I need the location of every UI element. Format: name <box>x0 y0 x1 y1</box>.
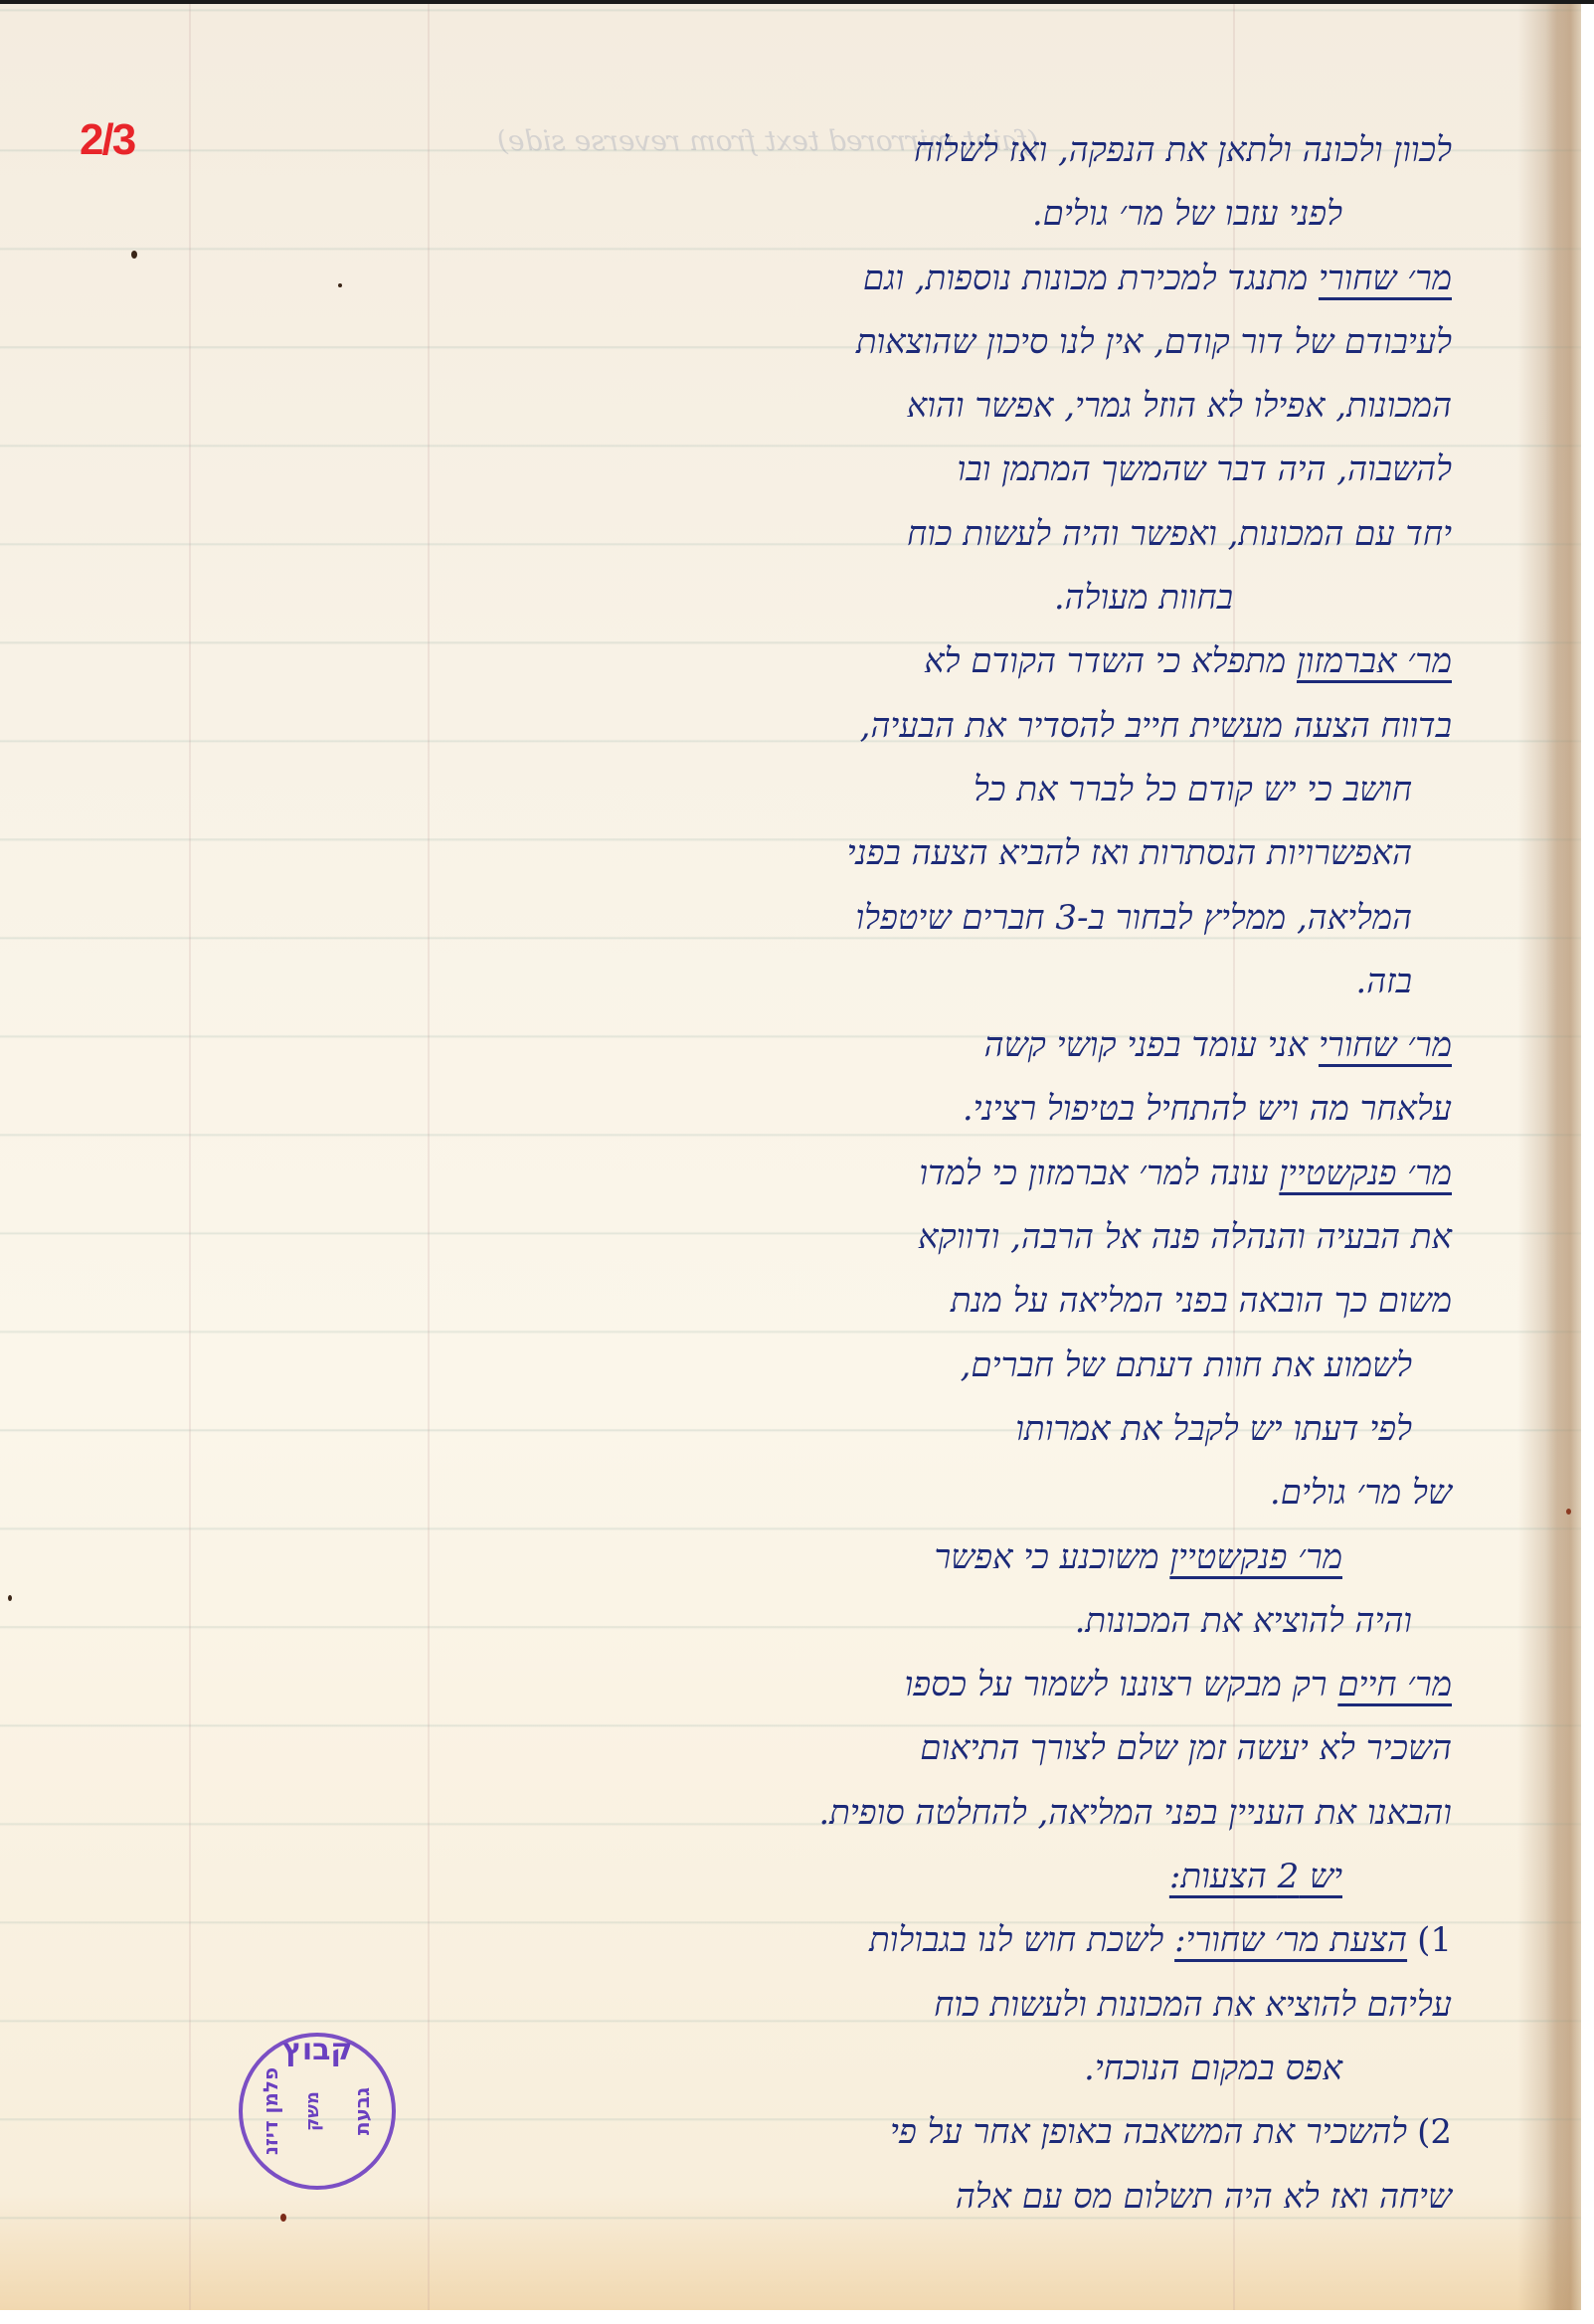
line-text: המליאה, ממליץ לבחור ב-3 חברים שיטפלו <box>855 898 1412 938</box>
line-text: לשכת חוש לנו בגבולות <box>869 1920 1163 1960</box>
line-text: מתפלא כי השדר הקודם לא <box>924 641 1286 681</box>
handwritten-line: אפס במקום הנוכחי. <box>766 2037 1452 2100</box>
handwritten-line: של מר׳ גולים. <box>766 1461 1452 1524</box>
ink-spot <box>1566 1509 1571 1515</box>
ink-spot <box>131 251 137 259</box>
page-marker: 2/3 <box>80 115 134 165</box>
handwritten-line: בדווח הצעה מעשית חייב להסדיר את הבעיה, <box>766 694 1452 758</box>
kibbutz-stamp: פלמן דיזנ משק גבעת קבוץ <box>239 2033 396 2190</box>
handwritten-line: מר׳ אברמזון מתפלא כי השדר הקודם לא <box>766 629 1452 693</box>
line-text: משום כך הובאה בפני המליאה על מנת <box>951 1281 1452 1321</box>
line-text: עונה למר׳ אברמזון כי למדו <box>919 1154 1268 1193</box>
handwritten-line: את הבעיה והנהלה פנה אל הרבה, ודווקא <box>766 1205 1452 1269</box>
handwritten-line: מר׳ פנקשטיין עונה למר׳ אברמזון כי למדו <box>766 1142 1452 1205</box>
line-text: לעיבודם של דור קודם, אין לנו סיכון שהוצא… <box>856 322 1452 362</box>
ink-spot <box>338 283 342 287</box>
line-text: עליהם להוציא את המכונות ולעשות כוח <box>934 1985 1452 2025</box>
handwritten-line: משום כך הובאה בפני המליאה על מנת <box>766 1269 1452 1333</box>
line-text: לכוון ולכונה ולתאן את הנפקה, ואז לשלוח <box>914 130 1452 170</box>
ink-spot <box>280 2214 286 2222</box>
line-text: של מר׳ גולים. <box>1270 1473 1452 1513</box>
handwritten-line: מר׳ חיים רק מבקש רצוננו לשמור על כספו <box>766 1653 1452 1716</box>
handwritten-line: המליאה, ממליץ לבחור ב-3 חברים שיטפלו <box>766 886 1452 950</box>
line-text: בחוות מעולה. <box>1054 578 1233 618</box>
line-text: חושב כי יש קודם כל לברר את כל <box>974 770 1412 809</box>
line-text: לשמוע את חוות דעתם של חברים, <box>961 1345 1412 1385</box>
paper-sheet: (faint mirrored text from reverse side) … <box>0 4 1581 2310</box>
line-text: משוכנע כי אפשר <box>935 1537 1159 1577</box>
handwritten-line: עליהם להוציא את המכונות ולעשות כוח <box>766 1973 1452 2037</box>
handwritten-line: יש 2 הצעות: <box>766 1845 1452 1908</box>
handwritten-line: מר׳ שחורי מתנגד למכירת מכונות נוספות, וג… <box>766 247 1452 310</box>
handwritten-line: והיה להוציא את המכונות. <box>766 1589 1452 1653</box>
speaker-name: מר׳ פנקשטיין <box>1169 1537 1342 1577</box>
line-text: שיחה ואז לא היה תשלום מס עם אלה <box>956 2177 1452 2217</box>
line-text: רק מבקש רצוננו לשמור על כספו <box>905 1665 1328 1704</box>
handwritten-line: לפי דעתו יש לקבל את אמרותו <box>766 1397 1452 1461</box>
speaker-name: מר׳ חיים <box>1337 1665 1452 1704</box>
handwritten-line: והבאנו את העניין בפני המליאה, להחלטה סופ… <box>766 1781 1452 1845</box>
underlined-heading: יש 2 הצעות: <box>1169 1857 1342 1896</box>
handwritten-line: לפני עזבו של מר׳ גולים. <box>766 182 1452 246</box>
binding-shadow <box>1545 4 1581 2310</box>
line-text: עלאחר מה ויש להתחיל בטיפול רציני. <box>963 1089 1452 1129</box>
handwritten-line: 2)להשכיר את המשאבה באופן אחר על פי <box>766 2100 1452 2164</box>
handwritten-line: המכונות, אפילו לא הוזל גמרי, אפשר והוא <box>766 374 1452 438</box>
line-text: להשכיר את המשאבה באופן אחר על פי <box>890 2112 1407 2152</box>
speaker-name: מר׳ פנקשטיין <box>1279 1154 1452 1193</box>
list-number: 2) <box>1417 2112 1452 2152</box>
line-text: והבאנו את העניין בפני המליאה, להחלטה סופ… <box>818 1793 1452 1833</box>
handwritten-line: שיחה ואז לא היה תשלום מס עם אלה <box>766 2165 1452 2229</box>
line-text: בזה. <box>1355 962 1412 1001</box>
underlined-heading: הצעת מר׳ שחורי: <box>1174 1920 1407 1960</box>
stamp-bottom-text: גבעת <box>350 2037 374 2186</box>
handwritten-line: מר׳ פנקשטיין משוכנע כי אפשר <box>766 1525 1452 1589</box>
line-text: לפי דעתו יש לקבל את אמרותו <box>1015 1409 1412 1449</box>
handwritten-line: יחד עם המכונות, ואפשר והיה לעשות כוח <box>766 502 1452 566</box>
line-text: יחד עם המכונות, ואפשר והיה לעשות כוח <box>907 514 1452 554</box>
stamp-top-text: פלמן דיזנ <box>259 2037 282 2186</box>
handwritten-line: מר׳ שחורי אני עומד בפני קושי קשה <box>766 1013 1452 1077</box>
line-text: אני עומד בפני קושי קשה <box>984 1025 1309 1065</box>
handwritten-line: חושב כי יש קודם כל לברר את כל <box>766 758 1452 821</box>
handwritten-line: לכוון ולכונה ולתאן את הנפקה, ואז לשלוח <box>766 118 1452 182</box>
handwritten-line: לשמוע את חוות דעתם של חברים, <box>766 1334 1452 1397</box>
handwritten-line: בחוות מעולה. <box>766 566 1452 629</box>
handwritten-line: האפשרויות הנסתרות ואז להביא הצעה בפני <box>766 821 1452 885</box>
line-text: האפשרויות הנסתרות ואז להביא הצעה בפני <box>847 833 1412 873</box>
line-text: השכיר לא יעשה זמן שלם לצורך התיאום <box>920 1728 1452 1768</box>
handwritten-line: השכיר לא יעשה זמן שלם לצורך התיאום <box>766 1716 1452 1780</box>
handwritten-line: לעיבודם של דור קודם, אין לנו סיכון שהוצא… <box>766 310 1452 374</box>
line-text: מתנגד למכירת מכונות נוספות, וגם <box>863 259 1308 298</box>
grid-rule <box>428 4 430 2310</box>
line-text: אפס במקום הנוכחי. <box>1084 2049 1342 2088</box>
handwritten-line: עלאחר מה ויש להתחיל בטיפול רציני. <box>766 1077 1452 1141</box>
line-text: והיה להוציא את המכונות. <box>1075 1601 1412 1641</box>
stamp-side-text: קבוץ <box>282 2033 353 2067</box>
line-text: המכונות, אפילו לא הוזל גמרי, אפשר והוא <box>907 386 1452 426</box>
line-text: לפני עזבו של מר׳ גולים. <box>1032 194 1342 234</box>
line-text: בדווח הצעה מעשית חייב להסדיר את הבעיה, <box>860 706 1452 746</box>
handwritten-minutes: לכוון ולכונה ולתאן את הנפקה, ואז לשלוחלפ… <box>766 118 1452 2229</box>
ink-spot <box>8 1595 12 1601</box>
handwritten-line: בזה. <box>766 950 1452 1013</box>
handwritten-line: להשבוה, היה דבר שהמשך המתמן ובו <box>766 438 1452 501</box>
list-number: 1) <box>1417 1920 1452 1960</box>
speaker-name: מר׳ אברמזון <box>1297 641 1452 681</box>
grid-rule <box>189 4 191 2310</box>
speaker-name: מר׳ שחורי <box>1319 259 1452 298</box>
speaker-name: מר׳ שחורי <box>1319 1025 1452 1065</box>
handwritten-line: 1)הצעת מר׳ שחורי: לשכת חוש לנו בגבולות <box>766 1908 1452 1972</box>
line-text: את הבעיה והנהלה פנה אל הרבה, ודווקא <box>918 1217 1452 1257</box>
line-text: להשבוה, היה דבר שהמשך המתמן ובו <box>958 449 1452 489</box>
